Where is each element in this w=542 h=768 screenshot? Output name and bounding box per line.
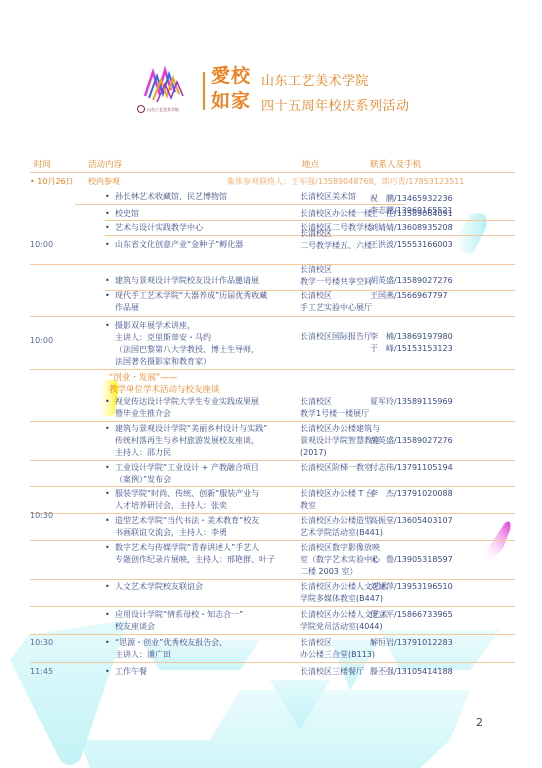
header-titles: 山东工艺美术学院 四十五周年校庆系列活动 [261, 69, 410, 119]
table-row: 应用设计学院“情系母校・知志合一” 校友座谈会 长清校区办公楼人文艺术 学院党员… [30, 607, 515, 635]
table-row: 孙长林艺术收藏馆、民艺博物馆 长清校区美术馆 [75, 190, 405, 205]
day-row: • 10月26日 校内参观 集体参观联络人：王军强/13589048768、郎巧… [30, 173, 515, 190]
schedule-table: 时间 活动内容 地点 联系人及手机 • 10月26日 校内参观 集体参观联络人：… [30, 155, 515, 679]
table-row: 现代手工艺术学院“大器养成”历届优秀收藏 作品展 长清校区 手工艺实验中心展厅 … [30, 291, 515, 317]
table-row: 10:30 “思源・创业”优秀校友报告会， 主讲人：潘广田 长清校区 办公楼三合… [30, 635, 515, 663]
col-contact: 联系人及手机 [370, 158, 421, 170]
table-row: 10:30 服装学院“时尚、传统、创新”服装产业与 人才培养研讨会，主持人：张奕… [30, 487, 515, 514]
page-header: 山东工艺美术学院 愛校 如家 山东工艺美术学院 四十五周年校庆系列活动 [135, 62, 435, 118]
day-date: • 10月26日 [30, 176, 74, 188]
table-row: 人文艺术学院校友联谊会 长清校区办公楼人文艺术 学院多媒体教室(B447) 刘娅… [30, 580, 515, 607]
table-row: 11:45 工作午餐 长清校区三楼餐厅 滕丕强/13105414188 [30, 663, 515, 679]
page-number: 2 [476, 716, 483, 729]
table-header: 时间 活动内容 地点 联系人及手机 [30, 155, 515, 173]
slogan-line-2: 如家 [211, 89, 251, 114]
table-row: 工业设计学院“工业设计 + 产教融合项目 （案例）”发布会 长清校区阶梯一教室 … [30, 461, 515, 487]
school-title: 山东工艺美术学院 [261, 69, 410, 94]
col-location: 地点 [302, 158, 319, 170]
section-row: “创业・发展”—— 教学单位学术活动与校友座谈 [30, 370, 515, 396]
table-row: 10:00 山东省文化创意产业“金种子”孵化器 长清校区 二号教学楼五、六楼 王… [30, 236, 515, 265]
col-activity: 活动内容 [88, 158, 122, 170]
table-row: 10:00 摄影双年展学术讲座， 主讲人：克里斯蒂安・马约 （法国巴黎第八大学教… [30, 317, 515, 370]
slogan: 愛校 如家 [211, 64, 251, 114]
table-row: 校史馆 长清校区办公楼一楼 王 任/13589064091 [105, 205, 515, 221]
slogan-line-1: 愛校 [211, 64, 251, 89]
section-title: “创业・发展”—— 教学单位学术活动与校友座谈 [105, 372, 220, 396]
table-row: 造型艺术学院“当代书法・美术教育”校友 书画联谊交流会，主持人：李勇 长清校区办… [30, 514, 515, 541]
school-name-mini: 山东工艺美术学院 [147, 107, 179, 113]
table-row: 数字艺术与传媒学院“青春讲述人”手艺人 专题创作纪录片展映，主持人：邢艳群、叶子… [30, 541, 515, 580]
table-row: 视觉传达设计学院大学生专业实践成果展 暨毕业生推介会 长清校区 教学1号楼一楼展… [30, 396, 515, 422]
day-contact-note: 集体参观联络人：王军强/13589048768、郎巧青/17853123511 [227, 176, 464, 188]
table-row: 建筑与景观设计学院校友设计作品邀请展 长清校区 教学一号楼共享空间 胡英盛/13… [105, 265, 515, 291]
header-divider [203, 72, 205, 110]
table-row: 建筑与景观设计学院“美丽乡村设计与实践” 传统村落再生与乡村旅游发展校友座谈， … [30, 422, 515, 461]
day-title: 校内参观 [88, 176, 120, 188]
col-time: 时间 [34, 158, 51, 170]
event-title: 四十五周年校庆系列活动 [261, 94, 410, 119]
